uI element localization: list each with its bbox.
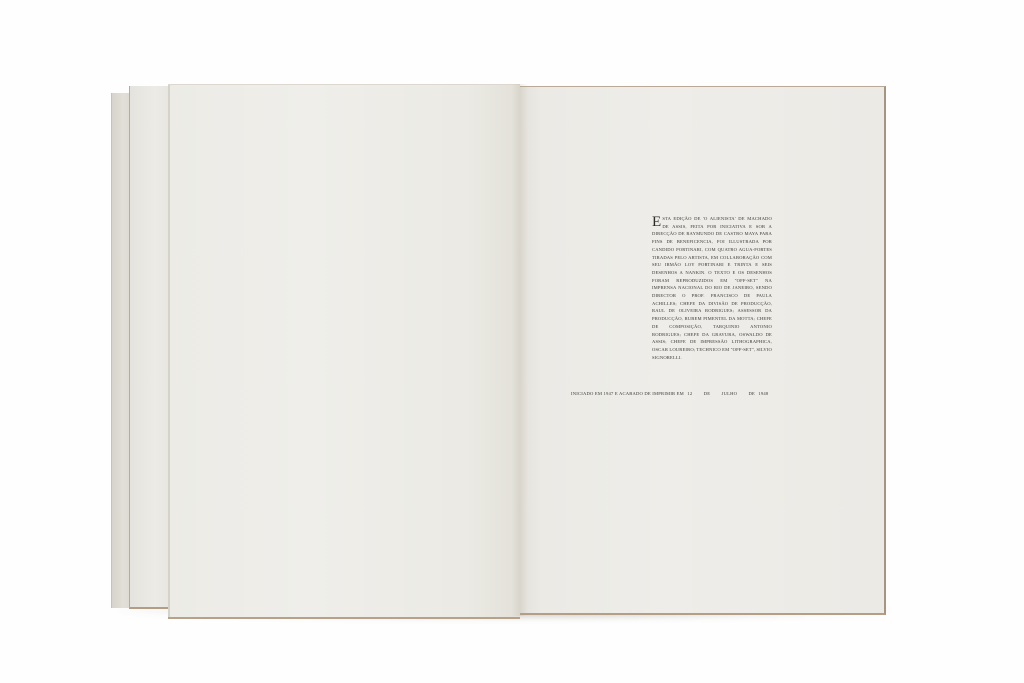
- imprint-day: 12: [687, 391, 692, 396]
- colophon-text-block: Esta edição de 'O Alienista' de Machado …: [652, 215, 772, 361]
- left-page-blank: [168, 84, 520, 619]
- dropcap: E: [652, 216, 661, 228]
- imprint-year: 1948: [758, 391, 768, 396]
- imprint-month: Julho: [722, 391, 738, 396]
- book-gutter: [512, 84, 528, 616]
- flyleaf-edge: [129, 86, 172, 609]
- imprint-text: Iniciado em 1947 e acabado de imprimir e…: [571, 391, 684, 396]
- right-page: Esta edição de 'O Alienista' de Machado …: [520, 86, 886, 615]
- photo-scene: Esta edição de 'O Alienista' de Machado …: [0, 0, 1024, 683]
- imprint-line: Iniciado em 1947 e acabado de imprimir e…: [571, 391, 811, 396]
- colophon-body: sta edição de 'O Alienista' de Machado d…: [652, 216, 772, 360]
- imprint-de-2: de: [748, 391, 755, 396]
- imprint-de-1: de: [704, 391, 711, 396]
